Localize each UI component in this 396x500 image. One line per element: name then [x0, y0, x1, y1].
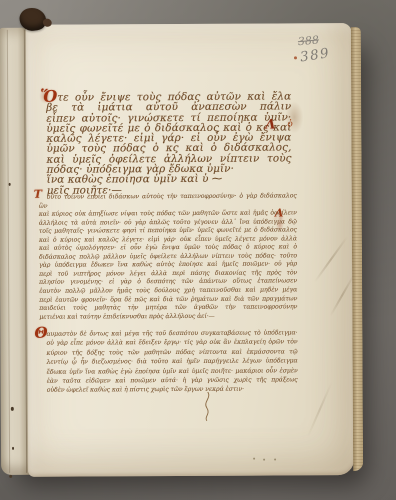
photo-backdrop: 388 389 Ὅ τε οὖν ἔνιψε τοὺς πόδας αὐτῶν … [0, 0, 396, 500]
sewing-speck [11, 407, 14, 411]
commentary-block-1: οῦτο τοίνυν ἐποίει διδάσκων αὐτοὺς τὴν τ… [39, 192, 298, 322]
text-line: οῦτο τοίνυν ἐποίει διδάσκων αὐτοὺς τὴν τ… [39, 192, 297, 210]
sewing-speck [9, 475, 12, 478]
rubric-margin-mark-lambda-lower: Λ [275, 206, 284, 219]
rubric-margin-mark-lambda: Λ [265, 118, 275, 133]
text-line: μετιέναι καὶ ταύτην ἐπιδείκνυσθαι πρὸς ἀ… [39, 312, 297, 322]
rubric-margin-mark-omicron: ὁ [287, 119, 292, 129]
page-edge-line [7, 30, 10, 473]
pen-flourish [202, 392, 214, 422]
ink-dot [253, 458, 255, 460]
ink-dot [274, 459, 276, 461]
sewing-speck [9, 183, 11, 186]
text-line: παιδεύει τοὺς μαθητὰς τὴν μητέρα τῶν ἀγα… [39, 304, 297, 314]
red-dot-stain [294, 56, 297, 59]
gospel-lemma-block: τε οὖν ἔνιψε τοὺς πόδας αὐτῶν καὶ ἔλαβε … [46, 91, 292, 195]
manuscript-book: 388 389 Ὅ τε οὖν ἔνιψε τοὺς πόδας αὐτῶν … [0, 23, 363, 477]
commentary-block-2: αυμαστὸν δὲ ὄντως καὶ μέγα τῆς τοῦ δεσπό… [46, 328, 297, 395]
sewing-speck [12, 447, 14, 450]
ink-dot [263, 459, 265, 461]
text-line: οὐδὲν ὠφελεῖ καθὼς καὶ ἡ πίστις χωρὶς τῶ… [47, 385, 298, 396]
